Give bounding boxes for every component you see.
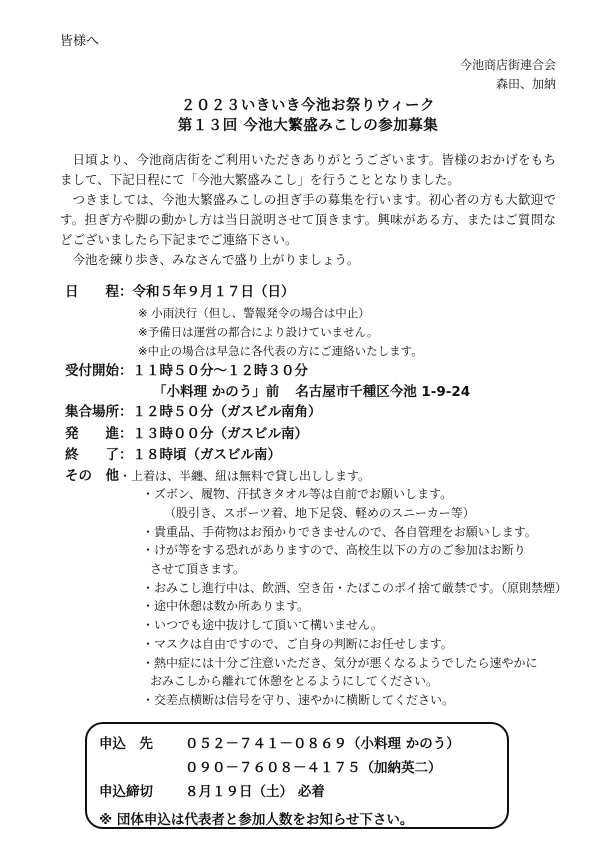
- schedule-row-end: 終 了：１８時頃（ガスビル南）: [60, 445, 556, 467]
- reception-label: 受付開始：: [65, 363, 133, 379]
- other-item: ・マスクは自由ですので、ご自身の判断にお任せします。: [119, 635, 567, 654]
- other-items-list: ・上着は、半纏、紐は無料で貸し出しします。 ・ズボン、履物、汗拭きタオル等は自前…: [119, 467, 567, 710]
- others-row: その 他 ・上着は、半纏、紐は無料で貸し出しします。 ・ズボン、履物、汗拭きタオ…: [60, 467, 556, 710]
- other-item: ・途中休憩は数か所あります。: [119, 597, 567, 616]
- other-item: （股引き、スポーツ着、地下足袋、軽めのスニーカー等）: [119, 504, 567, 523]
- start-value: １３時００分（ガスビル南）: [133, 426, 309, 442]
- end-label: 終 了：: [65, 447, 133, 463]
- other-item: ・貴重品、手荷物はお預かりできませんので、各自管理をお願いします。: [119, 523, 567, 542]
- other-item: ・けが等をする恐れがありますので、高校生以下の方のご参加はお断り: [119, 541, 567, 560]
- application-empty-cell: [99, 756, 185, 780]
- schedule-row-meeting: 集合場所：１２時５０分（ガスビル南角）: [60, 402, 556, 424]
- other-item: おみこしから離れて休憩をとるようにしてください。: [119, 672, 567, 691]
- doc-title-line2: 第１３回 今池大繁盛みこしの参加募集: [60, 117, 556, 137]
- schedule-row-start: 発 進：１３時００分（ガスビル南）: [60, 424, 556, 446]
- other-item: させて頂きます。: [119, 560, 567, 579]
- application-deadline-value: ８月１９日（土） 必着: [185, 780, 507, 804]
- schedule-row-date: 日 程：令和５年９月１７日（日）: [60, 282, 556, 304]
- sender-org: 今池商店街連合会: [60, 56, 556, 75]
- start-label: 発 進：: [65, 426, 133, 442]
- document-page: 皆様へ 今池商店街連合会 森田、加納 ２０２３いきいき今池お祭りウィーク 第１３…: [0, 0, 596, 842]
- others-label: その 他: [65, 467, 119, 486]
- salutation-text: 皆様へ: [60, 34, 556, 50]
- date-note: ※予備日は運営の都合により設けていません。: [138, 323, 556, 342]
- intro-section: 日頃より、今池商店街をご利用いただきありがとうございます。皆様のおかげをもちまし…: [60, 150, 556, 270]
- application-grid: 申込 先 ０５２－７４１－０８６９（小料理 かのう） ０９０－７６０８－４１７５…: [99, 732, 507, 804]
- date-label: 日 程：: [65, 284, 133, 300]
- other-item: ・交差点横断は信号を守り、速やかに横断してください。: [119, 691, 567, 710]
- intro-paragraph-2: つきましては、今池大繁盛みこしの担ぎ手の募集を行います。初心者の方も大歓迎です。…: [60, 190, 556, 250]
- intro-paragraph-1: 日頃より、今池商店街をご利用いただきありがとうございます。皆様のおかげをもちまし…: [60, 150, 556, 190]
- reception-address: 名古屋市千種区今池 1-9-24: [295, 384, 470, 400]
- reception-place: 「小料理 かのう」前: [153, 384, 279, 400]
- date-note: ※中止の場合は早急に各代表の方にご連絡いたします。: [138, 342, 556, 361]
- doc-title-line1: ２０２３いきいき今池お祭りウィーク: [60, 97, 556, 117]
- meeting-label: 集合場所：: [65, 404, 133, 420]
- application-phone-1: ０５２－７４１－０８６９（小料理 かのう）: [185, 732, 507, 756]
- date-value: 令和５年９月１７日（日）: [133, 284, 295, 300]
- reception-place-row: 「小料理 かのう」前名古屋市千種区今池 1-9-24: [60, 382, 556, 402]
- sender-names: 森田、加納: [60, 75, 556, 94]
- application-group-note: ※ 団体申込は代表者と参加人数をお知らせ下さい。: [99, 808, 507, 832]
- date-note: ※ 小雨決行（但し、警報発令の場合は中止）: [138, 304, 556, 323]
- reception-value: １１時５０分～１２時３０分: [133, 363, 309, 379]
- other-item: ・おみこし進行中は、飲酒、空き缶・たばこのポイ捨て厳禁です。（原則禁煙）: [119, 579, 567, 598]
- end-value: １８時頃（ガスビル南）: [133, 447, 282, 463]
- application-deadline-label: 申込締切: [99, 780, 185, 804]
- date-notes-list: ※ 小雨決行（但し、警報発令の場合は中止） ※予備日は運営の都合により設けていま…: [60, 304, 556, 361]
- doc-title: ２０２３いきいき今池お祭りウィーク 第１３回 今池大繁盛みこしの参加募集: [60, 97, 556, 136]
- other-item: ・いつでも途中抜けして頂いて構いません。: [119, 616, 567, 635]
- application-phone-2: ０９０－７６０８－４１７５（加納英二）: [185, 756, 507, 780]
- sender-block: 今池商店街連合会 森田、加納: [60, 56, 556, 94]
- schedule-section: 日 程：令和５年９月１７日（日） ※ 小雨決行（但し、警報発令の場合は中止） ※…: [60, 282, 556, 710]
- other-item: ・上着は、半纏、紐は無料で貸し出しします。: [119, 467, 567, 486]
- meeting-value: １２時５０分（ガスビル南角）: [133, 404, 322, 420]
- application-box: 申込 先 ０５２－７４１－０８６９（小料理 かのう） ０９０－７６０８－４１７５…: [85, 722, 509, 829]
- intro-paragraph-3: 今池を練り歩き、みなさんで盛り上がりましょう。: [60, 250, 556, 270]
- other-item: ・熱中症には十分ご注意いただき、気分が悪くなるようでしたら速やかに: [119, 654, 567, 673]
- other-item: ・ズボン、履物、汗拭きタオル等は自前でお願いします。: [119, 485, 567, 504]
- schedule-row-reception: 受付開始：１１時５０分～１２時３０分: [60, 361, 556, 383]
- application-to-label: 申込 先: [99, 732, 185, 756]
